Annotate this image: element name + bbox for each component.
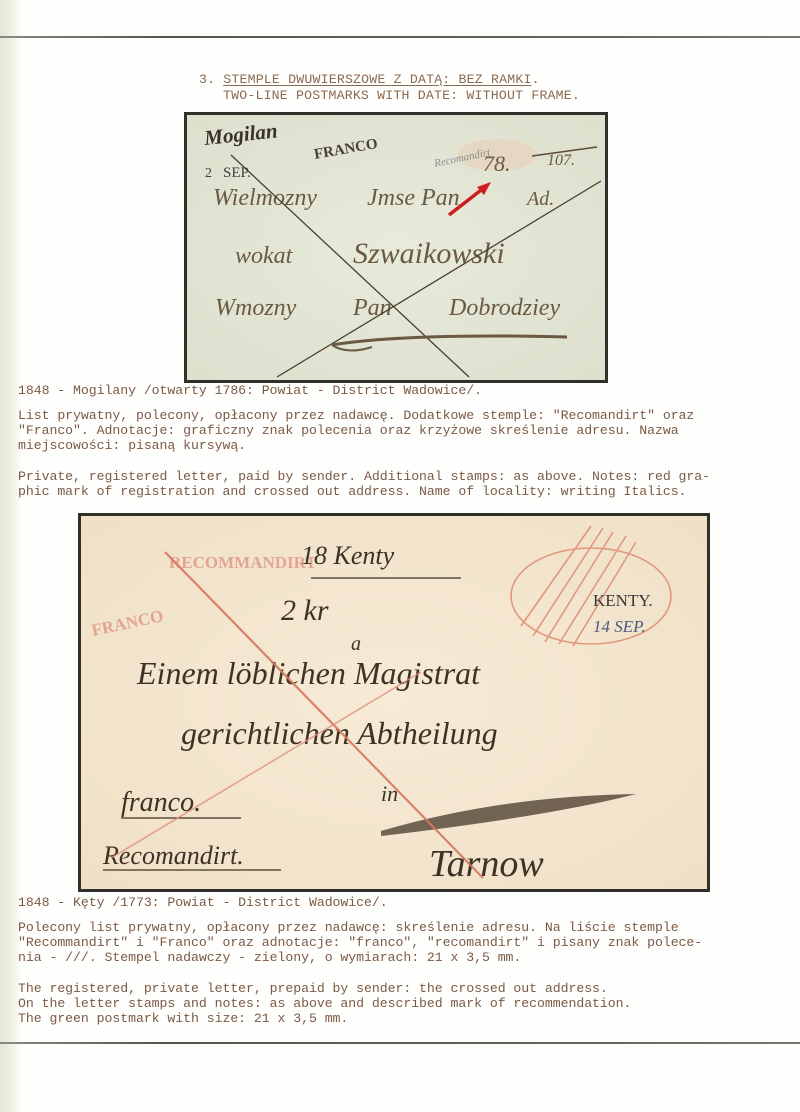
- svg-text:Wielmozny: Wielmozny: [213, 185, 317, 211]
- svg-text:78.: 78.: [483, 151, 511, 176]
- svg-text:2 kr: 2 kr: [281, 594, 329, 627]
- caption-2-heading: 1848 - Kęty /1773: Powiat - District Wad…: [18, 896, 388, 911]
- svg-text:Jmse Pan: Jmse Pan: [367, 185, 460, 211]
- letter-image-kety: RECOMMANDIRT FRANCO KENTY. 14 SEP. 18 Ke…: [78, 513, 710, 892]
- svg-text:2: 2: [205, 166, 212, 181]
- letter-image-mogilany: Mogilan FRANCO SEP. 2 Recomandirt Wielmo…: [184, 112, 608, 383]
- svg-text:18 Kenty: 18 Kenty: [301, 541, 395, 570]
- bottom-rule: [0, 1042, 800, 1044]
- svg-text:in: in: [381, 781, 398, 806]
- caption-1-polish: List prywatny, polecony, opłacony przez …: [18, 409, 694, 453]
- svg-text:KENTY.: KENTY.: [593, 591, 653, 610]
- svg-text:Tarnow: Tarnow: [429, 843, 544, 885]
- svg-text:Ad.: Ad.: [525, 188, 554, 210]
- svg-text:Einem löblichen Magistrat: Einem löblichen Magistrat: [136, 655, 481, 691]
- page-title: 3.STEMPLE DWUWIERSZOWE Z DATĄ: BEZ RAMKI…: [199, 72, 580, 104]
- svg-text:Dobrodziey: Dobrodziey: [448, 295, 560, 321]
- svg-text:franco.: franco.: [121, 787, 201, 818]
- caption-1-english: Private, registered letter, paid by send…: [18, 470, 710, 500]
- caption-2-english: The registered, private letter, prepaid …: [18, 982, 631, 1026]
- letter-1-artwork: Mogilan FRANCO SEP. 2 Recomandirt Wielmo…: [187, 115, 605, 380]
- svg-text:Recomandirt.: Recomandirt.: [102, 841, 244, 870]
- caption-1-heading: 1848 - Mogilany /otwarty 1786: Powiat - …: [18, 384, 482, 399]
- svg-text:107.: 107.: [547, 152, 575, 169]
- caption-2-polish: Polecony list prywatny, opłacony przez n…: [18, 921, 702, 965]
- top-rule: [0, 36, 800, 38]
- section-number: 3.: [199, 72, 215, 87]
- letter-2-artwork: RECOMMANDIRT FRANCO KENTY. 14 SEP. 18 Ke…: [81, 516, 707, 889]
- svg-text:14 SEP.: 14 SEP.: [593, 617, 646, 636]
- svg-text:a: a: [351, 633, 361, 655]
- title-polish-line: 3.STEMPLE DWUWIERSZOWE Z DATĄ: BEZ RAMKI…: [199, 72, 580, 88]
- svg-text:SEP.: SEP.: [223, 165, 251, 181]
- title-english: TWO-LINE POSTMARKS WITH DATE: WITHOUT FR…: [199, 88, 580, 104]
- svg-text:wokat: wokat: [235, 243, 294, 269]
- svg-text:Wmozny: Wmozny: [215, 295, 297, 321]
- title-polish: STEMPLE DWUWIERSZOWE Z DATĄ: BEZ RAMKI: [223, 72, 531, 87]
- svg-text:RECOMMANDIRT: RECOMMANDIRT: [169, 553, 317, 572]
